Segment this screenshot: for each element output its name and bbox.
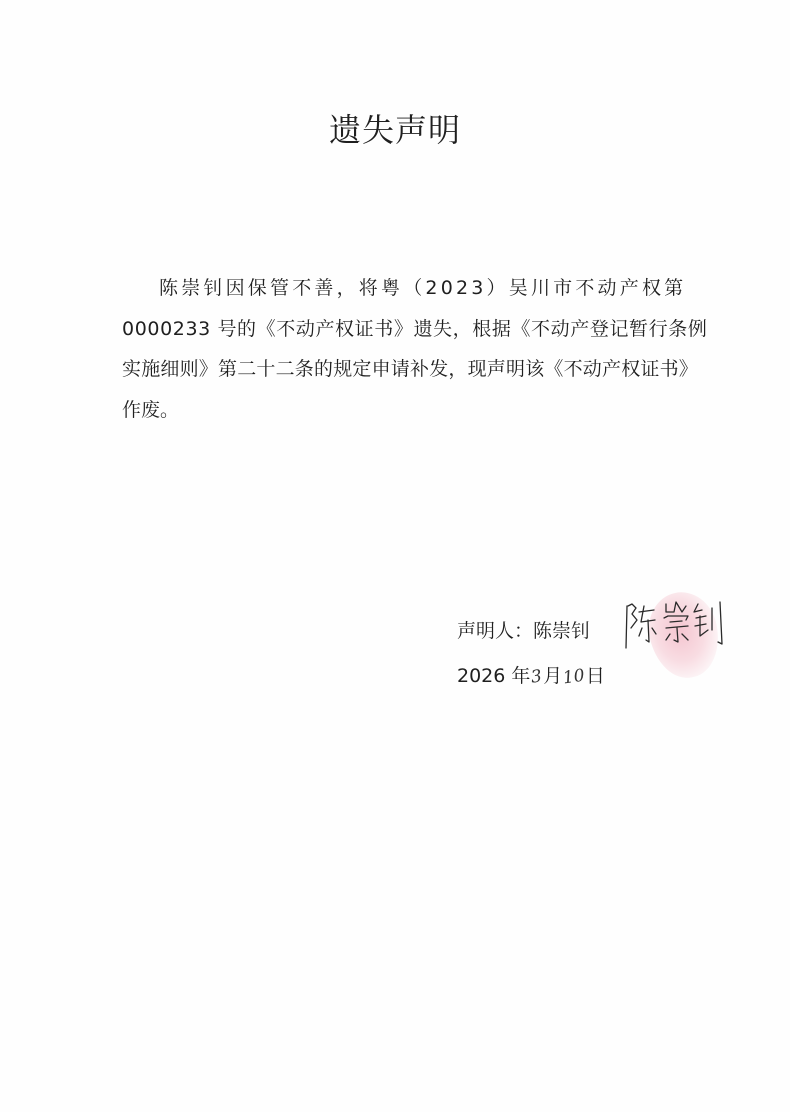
date-year-suffix: 年 <box>505 665 530 687</box>
statement-line-3: 实施细则》第二十二条的规定申请补发，现声明该《不动产权证书》 <box>122 349 674 390</box>
statement-body: 陈崇钊因保管不善，将粤（2023）吴川市不动产权第 0000233 号的《不动产… <box>122 268 674 430</box>
handwritten-signature <box>622 598 737 652</box>
date-year: 2026 <box>457 665 505 687</box>
date-day-suffix: 日 <box>586 665 605 687</box>
date-month-suffix: 月 <box>543 665 562 687</box>
statement-line-1: 陈崇钊因保管不善，将粤（2023）吴川市不动产权第 <box>122 268 674 309</box>
document-title: 遗失声明 <box>0 108 790 152</box>
declaration-date: 2026 年3月10日 <box>457 662 605 691</box>
declarant-label: 声明人： <box>457 620 533 642</box>
declarant-name: 陈崇钊 <box>533 620 590 642</box>
statement-line-2: 0000233 号的《不动产权证书》遗失，根据《不动产登记暂行条例 <box>122 309 674 350</box>
statement-line-4: 作废。 <box>122 390 674 431</box>
date-day-handwritten: 10 <box>561 662 586 693</box>
declarant-line: 声明人：陈崇钊 <box>457 617 590 645</box>
document-page: 遗失声明 陈崇钊因保管不善，将粤（2023）吴川市不动产权第 0000233 号… <box>0 0 790 1112</box>
date-month-handwritten: 3 <box>530 662 545 691</box>
